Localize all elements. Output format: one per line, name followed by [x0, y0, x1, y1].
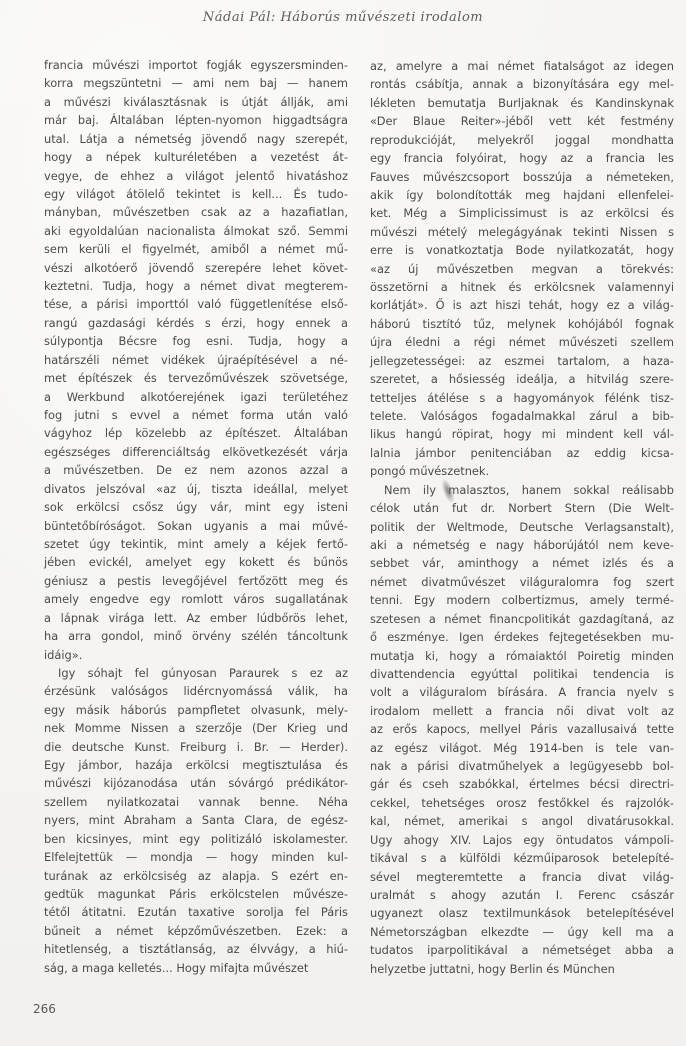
text-line: szetet úgy tekintik, mint amely a kéjek … [44, 535, 348, 553]
text-line: kal, német, amerikai s angol divatárusok… [370, 812, 674, 830]
text-line: likus hangú röpirat, hogy mi mindent kel… [370, 425, 674, 443]
text-line: hogy a népek kulturéletében a vezetést á… [44, 148, 348, 166]
text-line: politik der Weltmode, Deutsche Verlagsan… [370, 518, 674, 536]
text-line: vegye, de ehhez a világot jelentő hivatá… [44, 167, 348, 185]
text-line: a művészetben. De ez nem azonos azzal a [44, 461, 348, 479]
text-line: gedtük magunkat Páris erkölcstelen művés… [44, 885, 348, 903]
text-line: művészi kijózanodása után sóvárgó prédik… [44, 774, 348, 792]
text-line: érzésünk valóságos lidércnyomássá válik,… [44, 682, 348, 700]
text-line: aki egyoldalúan nacionalista álmokat sző… [44, 222, 348, 240]
text-line: jellegzetességei: az eszmei tartalom, a … [370, 352, 674, 370]
text-line: irodalom mellett a francia női divat vol… [370, 702, 674, 720]
text-line: egy világot átölelő tekintet is kell... … [44, 185, 348, 203]
text-line: ság, a maga kelletés... Hogy mifajta műv… [44, 959, 348, 977]
text-line: az erős kapocs, mellyel Páris vazallusai… [370, 720, 674, 738]
text-line: idáig». [44, 646, 348, 664]
text-line: Egy jámbor, hazája erkölcsi megtisztulás… [44, 756, 348, 774]
text-line: nak a párisi divatműhelyek a legügyesebb… [370, 757, 674, 775]
text-line: francia művészi importot fogják egyszers… [44, 56, 348, 74]
text-line: háború tisztító tűz, melynek kohójából f… [370, 315, 674, 333]
text-line: Elfelejtettük — mondja — hogy minden kul… [44, 848, 348, 866]
text-line: Igy sóhajt fel gúnyosan Paraurek s ez az [44, 664, 348, 682]
text-line: jében evickél, amelyet egy kokett és bűn… [44, 553, 348, 571]
text-line: cekkel, tehetséges orosz festőkkel és ra… [370, 794, 674, 812]
text-line: «az új művészetben megvan a törekvés: [370, 260, 674, 278]
text-line: a művészi kiválasztásnak is útját állják… [44, 93, 348, 111]
text-line: sebbet vár, aminthogy a német izlés és a [370, 554, 674, 572]
text-line: ugyanezt olasz textilmunkások betelepíté… [370, 904, 674, 922]
text-line: mányban, művészetben csak az a hazafiatl… [44, 203, 348, 221]
text-line: rontás csábítja, annak a bizonyítására e… [370, 75, 674, 93]
text-line: mutatja ki, hogy a rómaiaktól Poiretig m… [370, 647, 674, 665]
text-line: vágyhoz lép közelebb az építészet. Által… [44, 424, 348, 442]
text-line: nyers, mint Abraham a Santa Clara, de eg… [44, 811, 348, 829]
text-line: géniusz a pestis levegőjével fertőzött m… [44, 572, 348, 590]
text-line: fog jutni s evvel a német forma után val… [44, 406, 348, 424]
text-line: szeretet, a hősiesség ideálja, a hitvilá… [370, 370, 674, 388]
text-line: met építészek és tervezőművészek szövets… [44, 369, 348, 387]
text-line: reprodukcióját, melyekről joggal mondhat… [370, 131, 674, 149]
text-line: gár és cseh szabókkal, értelmes bécsi di… [370, 775, 674, 793]
text-line: aki a németség e nagy háborújától nem ke… [370, 536, 674, 554]
text-line: divatos jelszóval «az új, tiszta ideálla… [44, 480, 348, 498]
text-line: a lápnak virága lett. Az ember lúdbőrös … [44, 609, 348, 627]
text-line: tetteljes átélése s a hagyományok félénk… [370, 389, 674, 407]
text-line: tése, a párisi importtól való függetlení… [44, 295, 348, 313]
text-line: turának az erkölcsiség az alapja. S ezér… [44, 867, 348, 885]
text-line: célok után fut dr. Norbert Stern (Die We… [370, 499, 674, 517]
text-line: egy francia folyóirat, hogy az a francia… [370, 149, 674, 167]
text-line: die deutsche Kunst. Freiburg i. Br. — He… [44, 738, 348, 756]
text-line: amely engedve egy romlott város sugallat… [44, 590, 348, 608]
text-line: akik így bolondították meg hajdani ellen… [370, 186, 674, 204]
text-line: sével megteremtette a francia divat vilá… [370, 868, 674, 886]
text-line: uralmát s ahogy azután I. Ferenc császár [370, 886, 674, 904]
text-line: sok erkölcsi csősz úgy vár, mint egy ist… [44, 498, 348, 516]
text-line: korra megszüntetni — ami nem baj — hanem [44, 74, 348, 92]
text-line: művészi mételý melegágyának tekinti Niss… [370, 223, 674, 241]
text-line: összetörni a hitnek és erkölcsnek valame… [370, 278, 674, 296]
text-line: utal. Látja a németség jövendő nagy szer… [44, 130, 348, 148]
text-line: lalnia jámbor penitenciában az eddig kic… [370, 444, 674, 462]
text-line: szetesen a német financpolitikát gazdagí… [370, 610, 674, 628]
text-line: az egész világot. Még 1914-ben is tele v… [370, 739, 674, 757]
text-line: sem kerüli el figyelmét, amiből a német … [44, 240, 348, 258]
text-line: volt a világuralom bírására. A francia n… [370, 683, 674, 701]
text-line: tétől átitatni. Ezután taxative sorolja … [44, 903, 348, 921]
text-line: rangú gazdasági kérdés s érzi, hogy enne… [44, 314, 348, 332]
text-line: ket. Még a Simplicissimust is az erkölcs… [370, 204, 674, 222]
right-text-column: az, amelyre a mai német fiatalságot az i… [370, 57, 674, 978]
left-text-column: francia művészi importot fogják egyszers… [44, 56, 348, 977]
text-line: Ugy ahogy XIV. Lajos egy öntudatos vámpo… [370, 831, 674, 849]
text-line: az, amelyre a mai német fiatalságot az i… [370, 57, 674, 75]
text-line: német divatművészet világuralomra fog sz… [370, 573, 674, 591]
text-line: ben kicsinyes, mint egy politizáló iskol… [44, 830, 348, 848]
text-line: divattendencia egyúttal politikai tenden… [370, 665, 674, 683]
text-line: lékleten bemutatja Burljaknak és Kandins… [370, 94, 674, 112]
text-line: erre is vonatkoztatja Bode nyilatkozatát… [370, 241, 674, 259]
text-line: Fauves művészcsoport bosszúja a németeke… [370, 168, 674, 186]
text-line: büntetőbíróságot. Sokan ugyanis a mai mű… [44, 517, 348, 535]
text-line: vészi alkotóerő jövendő szerepére lehet … [44, 259, 348, 277]
text-line: tenni. Egy modern colbertizmus, amely te… [370, 591, 674, 609]
text-line: Nem ily malasztos, hanem sokkal reálisab… [370, 481, 674, 499]
scanned-book-page: Nádai Pál: Háborús művészeti irodalom fr… [0, 0, 686, 1046]
text-line: korlátját». Ő is azt hiszi tehát, hogy e… [370, 296, 674, 314]
text-line: határszéli német vidékek újraépítésével … [44, 351, 348, 369]
text-line: telete. Valóságos fogadalmakkal zárul a … [370, 407, 674, 425]
text-line: helyzetbe juttatni, hogy Berlin és Münch… [370, 960, 674, 978]
text-line: nek Momme Nissen a szerzője (Der Krieg u… [44, 719, 348, 737]
text-line: egészséges differenciáltság elkövetkezés… [44, 443, 348, 461]
text-line: már baj. Általában lépten-nyomon higgadt… [44, 111, 348, 129]
text-line: hitetlenség, a tisztátlanság, az élvvágy… [44, 940, 348, 958]
text-line: ő eszménye. Igen érdekes fejtegetésekben… [370, 628, 674, 646]
text-line: egy másik háborús pampfletet olvasunk, m… [44, 701, 348, 719]
page-number: 266 [33, 1002, 56, 1016]
text-line: «Der Blaue Reiter»-jéből vett két festmé… [370, 112, 674, 130]
text-line: ha arra gondol, minő örvény szélén tánco… [44, 627, 348, 645]
text-line: bűneit a német képzőművészetben. Ezek: a [44, 922, 348, 940]
text-line: a Werkbund alkotóerejének igazi területé… [44, 388, 348, 406]
text-line: szellem nyilatkozatai vannak benne. Néha [44, 793, 348, 811]
text-line: tudatos iparpolitikával a németséget abb… [370, 941, 674, 959]
text-line: tikával s a külföldi kézműiparosok betel… [370, 849, 674, 867]
running-head-title: Nádai Pál: Háborús művészeti irodalom [0, 10, 686, 25]
text-line: keztetni. Tudja, hogy a német divat megt… [44, 277, 348, 295]
text-line: újra éledni a régi német művészeti szell… [370, 333, 674, 351]
text-line: pongó művészetnek. [370, 462, 674, 480]
text-line: Németországban elkezdte — úgy kell ma a [370, 923, 674, 941]
text-line: súlypontja Bécsre fog esni. Tudja, hogy … [44, 332, 348, 350]
